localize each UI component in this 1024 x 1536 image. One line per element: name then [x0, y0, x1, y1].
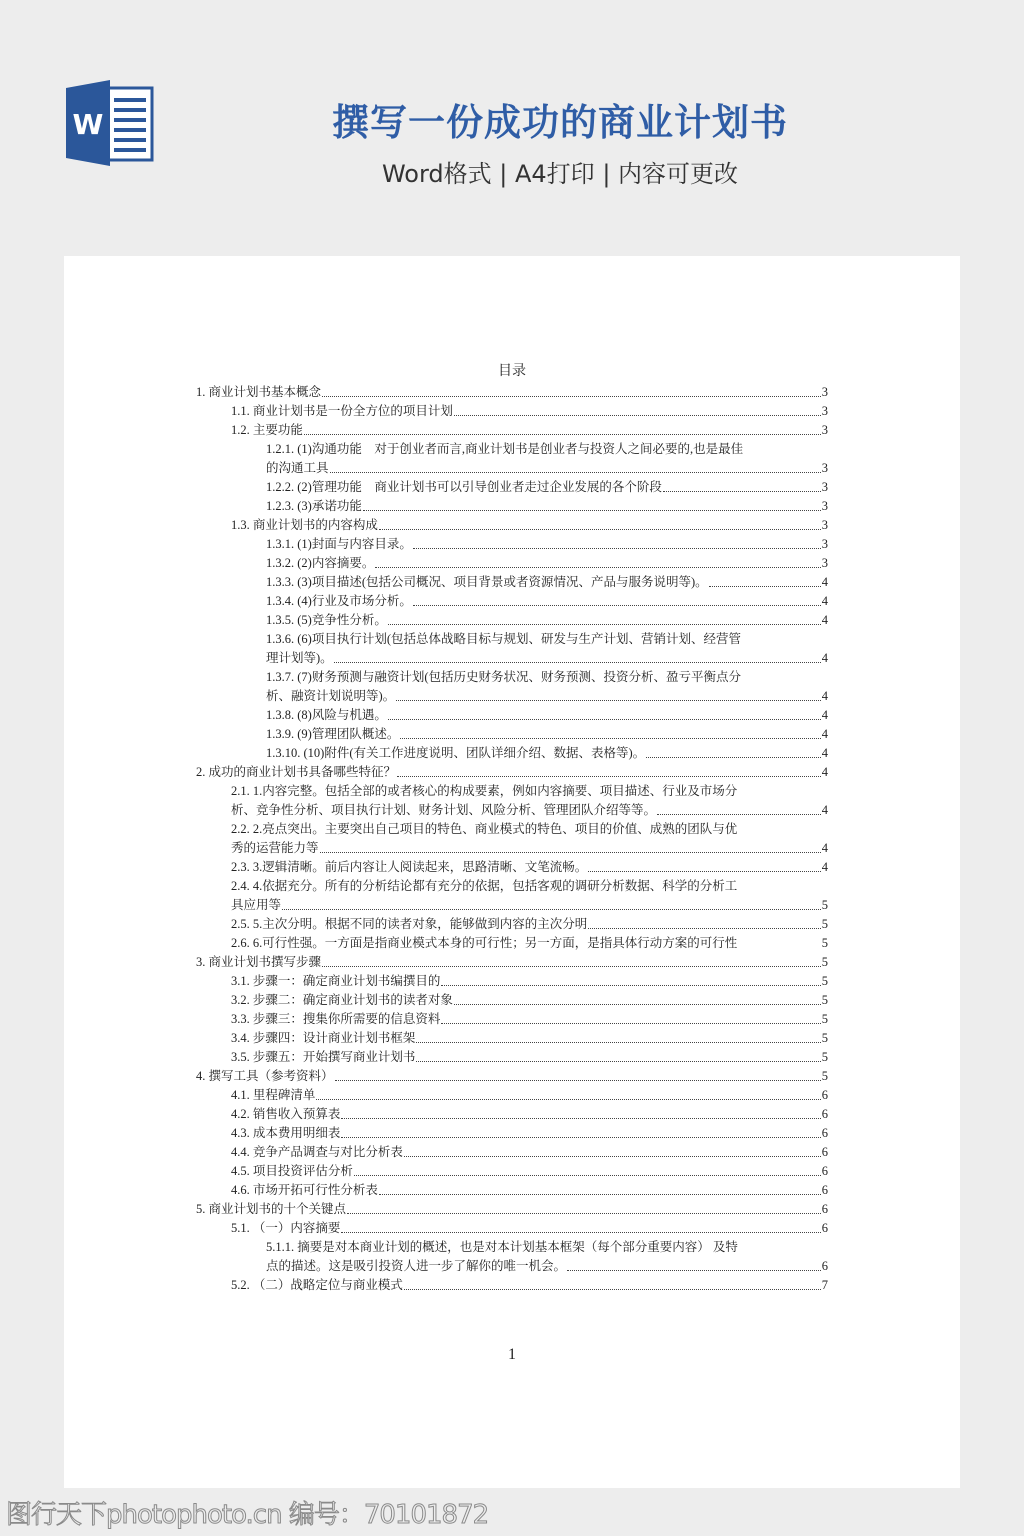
toc-entry[interactable]: 2.2. 2.亮点突出。主要突出自己项目的特色、商业模式的特色、项目的价值、成熟…	[196, 820, 828, 839]
toc-page-number: 6	[822, 1162, 828, 1181]
toc-page-number: 5	[822, 1029, 828, 1048]
toc-leader-dots	[588, 915, 820, 929]
toc-page-number: 5	[822, 934, 828, 953]
toc-page-number: 3	[822, 421, 828, 440]
toc-entry-text: 5.2. （二）战略定位与商业模式	[231, 1276, 403, 1295]
toc-leader-dots	[397, 763, 821, 777]
toc-entry[interactable]: 2. 成功的商业计划书具备哪些特征？4	[196, 763, 828, 782]
toc-entry[interactable]: 4.4. 竞争产品调查与对比分析表6	[196, 1143, 828, 1162]
toc-leader-dots	[441, 972, 820, 986]
toc-entry-text: 1.3.3. (3)项目描述(包括公司概况、项目背景或者资源情况、产品与服务说明…	[266, 573, 708, 592]
toc-entry[interactable]: 1.3.7. (7)财务预测与融资计划(包括历史财务状况、财务预测、投资分析、盈…	[196, 668, 828, 687]
toc-page-number: 5	[822, 1067, 828, 1086]
toc-page-number: 6	[822, 1105, 828, 1124]
toc-leader-dots	[567, 1257, 821, 1271]
toc-page-number: 4	[822, 839, 828, 858]
toc-leader-dots	[400, 725, 820, 739]
page-number: 1	[64, 1346, 960, 1364]
banner-title: 撰写一份成功的商业计划书	[300, 92, 820, 146]
toc-entry[interactable]: 4.2. 销售收入预算表6	[196, 1105, 828, 1124]
toc-entry[interactable]: 4.1. 里程碑清单6	[196, 1086, 828, 1105]
toc-entry[interactable]: 4.3. 成本费用明细表6	[196, 1124, 828, 1143]
toc-entry-text: 2.4. 4.依据充分。所有的分析结论都有充分的依据，包括客观的调研分析数据、科…	[231, 877, 737, 896]
toc-entry-text: 1.3.2. (2)内容摘要。	[266, 554, 374, 573]
toc-entry-text: 1. 商业计划书基本概念	[196, 383, 321, 402]
toc-leader-dots	[320, 839, 821, 853]
toc-leader-dots	[657, 801, 821, 815]
toc-entry[interactable]: 3.4. 步骤四：设计商业计划书框架5	[196, 1029, 828, 1048]
toc-leader-dots	[416, 1029, 820, 1043]
toc-entry-text: 4.6. 市场开拓可行性分析表	[231, 1181, 378, 1200]
toc-page-number: 3	[822, 402, 828, 421]
toc-leader-dots	[413, 592, 821, 606]
watermark: 图行天下photophoto.cn 编号：70101872	[6, 1494, 488, 1531]
toc-leader-dots	[341, 1219, 820, 1233]
banner-subtitle: Word格式 | A4打印 | 内容可更改	[300, 154, 820, 189]
toc-leader-dots	[316, 1086, 820, 1100]
toc-entry[interactable]: 2.1. 1.内容完整。包括全部的或者核心的构成要素，例如内容摘要、项目描述、行…	[196, 782, 828, 801]
toc-page-number: 4	[822, 592, 828, 611]
toc-entry-text: 2. 成功的商业计划书具备哪些特征？	[196, 763, 396, 782]
toc-page-number: 4	[822, 801, 828, 820]
toc-entry-text: 2.2. 2.亮点突出。主要突出自己项目的特色、商业模式的特色、项目的价值、成熟…	[231, 820, 737, 839]
toc-leader-dots	[322, 953, 821, 967]
toc-entry[interactable]: 1.3.9. (9)管理团队概述。4	[196, 725, 828, 744]
toc-entry[interactable]: 3.3. 步骤三：搜集你所需要的信息资料5	[196, 1010, 828, 1029]
toc-entry[interactable]: 析、融资计划说明等)。4	[196, 687, 828, 706]
toc-leader-dots	[354, 1162, 821, 1176]
toc-entry[interactable]: 3.2. 步骤二：确定商业计划书的读者对象5	[196, 991, 828, 1010]
toc-entry-text: 1.3.8. (8)风险与机遇。	[266, 706, 387, 725]
toc-entry-text: 1.1. 商业计划书是一份全方位的项目计划	[231, 402, 453, 421]
toc-page-number: 6	[822, 1257, 828, 1276]
toc-entry[interactable]: 1.3.1. (1)封面与内容目录。3	[196, 535, 828, 554]
table-of-contents: 1. 商业计划书基本概念31.1. 商业计划书是一份全方位的项目计划31.2. …	[196, 383, 828, 1295]
toc-page-number: 6	[822, 1086, 828, 1105]
toc-entry[interactable]: 3. 商业计划书撰写步骤5	[196, 953, 828, 972]
toc-entry[interactable]: 2.6. 6.可行性强。一方面是指商业模式本身的可行性；另一方面，是指具体行动方…	[196, 934, 828, 953]
toc-entry-text: 1.3.7. (7)财务预测与融资计划(包括历史财务状况、财务预测、投资分析、盈…	[266, 668, 741, 687]
toc-entry-text: 2.5. 5.主次分明。根据不同的读者对象，能够做到内容的主次分明	[231, 915, 587, 934]
toc-entry-text: 3.1. 步骤一：确定商业计划书编撰目的	[231, 972, 440, 991]
toc-entry[interactable]: 理计划等)。4	[196, 649, 828, 668]
toc-entry[interactable]: 1.3.4. (4)行业及市场分析。4	[196, 592, 828, 611]
toc-entry-text: 4.1. 里程碑清单	[231, 1086, 315, 1105]
toc-page-number: 5	[822, 991, 828, 1010]
toc-entry[interactable]: 1.3.8. (8)风险与机遇。4	[196, 706, 828, 725]
toc-leader-dots	[709, 573, 821, 587]
toc-entry-text: 点的描述。这是吸引投资人进一步了解你的唯一机会。	[266, 1257, 566, 1276]
toc-entry-text: 3.2. 步骤二：确定商业计划书的读者对象	[231, 991, 453, 1010]
toc-leader-dots	[404, 1143, 821, 1157]
toc-entry[interactable]: 4. 撰写工具（参考资料）5	[196, 1067, 828, 1086]
toc-entry[interactable]: 5. 商业计划书的十个关键点6	[196, 1200, 828, 1219]
toc-entry-text: 5.1.1. 摘要是对本商业计划的概述，也是对本计划基本框架（每个部分重要内容）…	[266, 1238, 738, 1257]
toc-page-number: 6	[822, 1181, 828, 1200]
toc-entry[interactable]: 4.6. 市场开拓可行性分析表6	[196, 1181, 828, 1200]
toc-entry-text: 5.1. （一）内容摘要	[231, 1219, 340, 1238]
toc-page-number: 5	[822, 953, 828, 972]
toc-entry[interactable]: 1.3.2. (2)内容摘要。3	[196, 554, 828, 573]
toc-title: 目录	[64, 360, 960, 380]
toc-entry-text: 1.3.9. (9)管理团队概述。	[266, 725, 399, 744]
toc-entry[interactable]: 2.3. 3.逻辑清晰。前后内容让人阅读起来，思路清晰、文笔流畅。4	[196, 858, 828, 877]
toc-leader-dots	[416, 1048, 820, 1062]
toc-entry-text: 1.3. 商业计划书的内容构成	[231, 516, 378, 535]
toc-leader-dots	[341, 1105, 820, 1119]
toc-entry-text: 2.6. 6.可行性强。一方面是指商业模式本身的可行性；另一方面，是指具体行动方…	[231, 934, 737, 953]
toc-entry[interactable]: 1.3.6. (6)项目执行计划(包括总体战略目标与规划、研发与生产计划、营销计…	[196, 630, 828, 649]
toc-entry[interactable]: 2.4. 4.依据充分。所有的分析结论都有充分的依据，包括客观的调研分析数据、科…	[196, 877, 828, 896]
toc-leader-dots	[379, 1181, 821, 1195]
toc-entry-text: 5. 商业计划书的十个关键点	[196, 1200, 346, 1219]
toc-leader-dots	[335, 1067, 821, 1081]
toc-entry-text: 1.3.5. (5)竞争性分析。	[266, 611, 387, 630]
toc-page-number: 3	[822, 383, 828, 402]
toc-page-number: 3	[822, 497, 828, 516]
toc-entry-text: 3.4. 步骤四：设计商业计划书框架	[231, 1029, 415, 1048]
toc-page-number: 4	[822, 763, 828, 782]
toc-page-number: 3	[822, 459, 828, 478]
toc-entry[interactable]: 1.2.1. (1)沟通功能 对于创业者而言,商业计划书是创业者与投资人之间必要…	[196, 440, 828, 459]
toc-leader-dots	[379, 516, 821, 530]
toc-entry-text: 析、竞争性分析、项目执行计划、财务计划、风险分析、管理团队介绍等等。	[231, 801, 656, 820]
toc-page-number: 6	[822, 1124, 828, 1143]
toc-leader-dots	[454, 991, 821, 1005]
toc-leader-dots	[646, 744, 821, 758]
toc-page-number: 4	[822, 573, 828, 592]
toc-leader-dots	[413, 535, 821, 549]
toc-page-number: 4	[822, 858, 828, 877]
toc-leader-dots	[347, 1200, 821, 1214]
toc-leader-dots	[363, 497, 821, 511]
toc-entry-text: 4.5. 项目投资评估分析	[231, 1162, 353, 1181]
toc-page-number: 6	[822, 1219, 828, 1238]
toc-leader-dots	[341, 1124, 820, 1138]
toc-leader-dots	[588, 858, 820, 872]
svg-text:W: W	[73, 108, 104, 141]
toc-leader-dots	[330, 459, 821, 473]
toc-entry[interactable]: 点的描述。这是吸引投资人进一步了解你的唯一机会。6	[196, 1257, 828, 1276]
toc-leader-dots	[375, 554, 820, 568]
toc-entry-text: 4.4. 竞争产品调查与对比分析表	[231, 1143, 403, 1162]
toc-leader-dots	[404, 1276, 821, 1290]
word-document-icon: W	[64, 80, 156, 166]
toc-leader-dots	[322, 383, 821, 397]
toc-entry[interactable]: 3.5. 步骤五：开始撰写商业计划书5	[196, 1048, 828, 1067]
toc-entry-text: 4. 撰写工具（参考资料）	[196, 1067, 334, 1086]
toc-page-number: 6	[822, 1143, 828, 1162]
toc-leader-dots	[304, 421, 821, 435]
toc-entry[interactable]: 1.3.10. (10)附件(有关工作进度说明、团队详细介绍、数据、表格等)。4	[196, 744, 828, 763]
toc-entry[interactable]: 1. 商业计划书基本概念3	[196, 383, 828, 402]
toc-entry[interactable]: 的沟通工具3	[196, 459, 828, 478]
toc-page-number: 5	[822, 1048, 828, 1067]
toc-page-number: 3	[822, 535, 828, 554]
toc-leader-dots	[388, 611, 821, 625]
toc-leader-dots	[388, 706, 821, 720]
toc-entry[interactable]: 1.3.3. (3)项目描述(包括公司概况、项目背景或者资源情况、产品与服务说明…	[196, 573, 828, 592]
toc-entry[interactable]: 3.1. 步骤一：确定商业计划书编撰目的5	[196, 972, 828, 991]
toc-entry-text: 1.3.6. (6)项目执行计划(包括总体战略目标与规划、研发与生产计划、营销计…	[266, 630, 741, 649]
toc-leader-dots	[454, 402, 821, 416]
toc-entry-text: 理计划等)。	[266, 649, 333, 668]
toc-entry[interactable]: 5.1. （一）内容摘要6	[196, 1219, 828, 1238]
toc-leader-dots	[441, 1010, 820, 1024]
toc-entry-text: 的沟通工具	[266, 459, 329, 478]
toc-leader-dots	[663, 478, 821, 492]
toc-page-number: 4	[822, 687, 828, 706]
toc-entry-text: 2.3. 3.逻辑清晰。前后内容让人阅读起来，思路清晰、文笔流畅。	[231, 858, 587, 877]
toc-entry-text: 2.1. 1.内容完整。包括全部的或者核心的构成要素，例如内容摘要、项目描述、行…	[231, 782, 737, 801]
toc-entry[interactable]: 1.2.3. (3)承诺功能3	[196, 497, 828, 516]
toc-entry[interactable]: 具应用等5	[196, 896, 828, 915]
toc-leader-dots	[282, 896, 821, 910]
toc-page-number: 4	[822, 725, 828, 744]
toc-entry[interactable]: 5.2. （二）战略定位与商业模式7	[196, 1276, 828, 1295]
toc-page-number: 3	[822, 554, 828, 573]
toc-entry[interactable]: 1.2. 主要功能3	[196, 421, 828, 440]
toc-page-number: 7	[822, 1276, 828, 1295]
toc-page-number: 4	[822, 649, 828, 668]
toc-entry-text: 析、融资计划说明等)。	[266, 687, 395, 706]
toc-entry-text: 3. 商业计划书撰写步骤	[196, 953, 321, 972]
toc-leader-dots	[334, 649, 821, 663]
toc-entry-text: 1.2.1. (1)沟通功能 对于创业者而言,商业计划书是创业者与投资人之间必要…	[266, 440, 743, 459]
toc-entry-text: 1.3.10. (10)附件(有关工作进度说明、团队详细介绍、数据、表格等)。	[266, 744, 645, 763]
toc-entry-text: 1.3.4. (4)行业及市场分析。	[266, 592, 412, 611]
toc-entry-text: 4.3. 成本费用明细表	[231, 1124, 340, 1143]
toc-page-number: 4	[822, 706, 828, 725]
toc-entry-text: 3.5. 步骤五：开始撰写商业计划书	[231, 1048, 415, 1067]
toc-entry[interactable]: 5.1.1. 摘要是对本商业计划的概述，也是对本计划基本框架（每个部分重要内容）…	[196, 1238, 828, 1257]
toc-entry[interactable]: 1.1. 商业计划书是一份全方位的项目计划3	[196, 402, 828, 421]
toc-entry[interactable]: 1.3.5. (5)竞争性分析。4	[196, 611, 828, 630]
toc-page-number: 4	[822, 744, 828, 763]
toc-entry[interactable]: 4.5. 项目投资评估分析6	[196, 1162, 828, 1181]
toc-page-number: 5	[822, 915, 828, 934]
toc-page-number: 4	[822, 611, 828, 630]
toc-leader-dots	[396, 687, 821, 701]
toc-page-number: 3	[822, 516, 828, 535]
toc-entry-text: 1.2.3. (3)承诺功能	[266, 497, 362, 516]
toc-entry-text: 4.2. 销售收入预算表	[231, 1105, 340, 1124]
toc-entry[interactable]: 1.2.2. (2)管理功能 商业计划书可以引导创业者走过企业发展的各个阶段3	[196, 478, 828, 497]
toc-page-number: 5	[822, 1010, 828, 1029]
toc-page-number: 6	[822, 1200, 828, 1219]
toc-entry-text: 1.2.2. (2)管理功能 商业计划书可以引导创业者走过企业发展的各个阶段	[266, 478, 662, 497]
toc-page-number: 5	[822, 972, 828, 991]
toc-page-number: 3	[822, 478, 828, 497]
toc-entry-text: 1.3.1. (1)封面与内容目录。	[266, 535, 412, 554]
toc-entry[interactable]: 析、竞争性分析、项目执行计划、财务计划、风险分析、管理团队介绍等等。4	[196, 801, 828, 820]
toc-entry-text: 1.2. 主要功能	[231, 421, 303, 440]
document-page: 目录 1. 商业计划书基本概念31.1. 商业计划书是一份全方位的项目计划31.…	[64, 256, 960, 1488]
toc-entry[interactable]: 2.5. 5.主次分明。根据不同的读者对象，能够做到内容的主次分明5	[196, 915, 828, 934]
toc-entry-text: 具应用等	[231, 896, 281, 915]
toc-page-number: 5	[822, 896, 828, 915]
toc-entry[interactable]: 1.3. 商业计划书的内容构成3	[196, 516, 828, 535]
toc-entry[interactable]: 秀的运营能力等4	[196, 839, 828, 858]
toc-entry-text: 秀的运营能力等	[231, 839, 319, 858]
toc-entry-text: 3.3. 步骤三：搜集你所需要的信息资料	[231, 1010, 440, 1029]
